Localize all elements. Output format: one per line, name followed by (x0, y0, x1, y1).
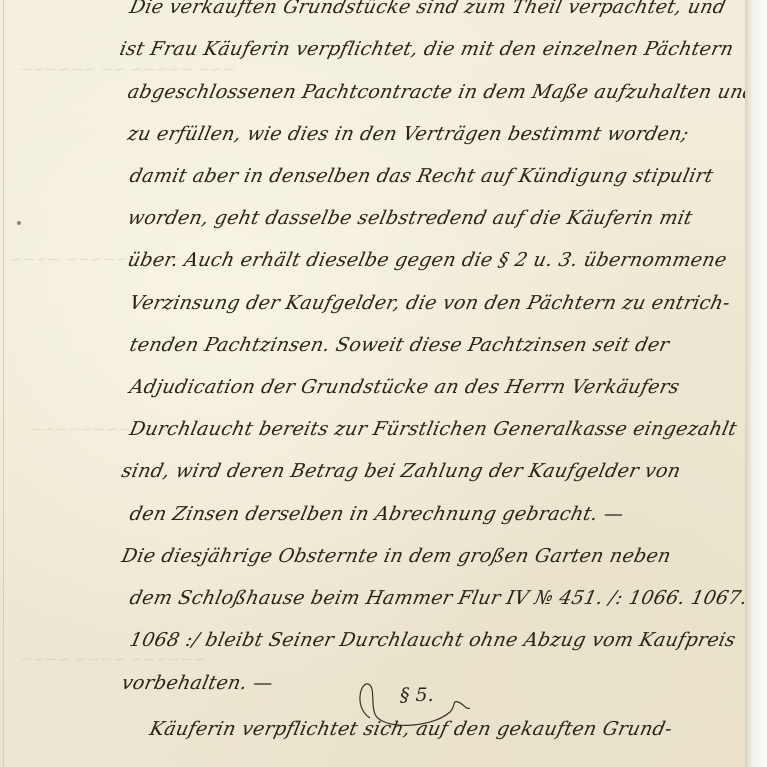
manuscript-line: Durchlaucht bereits zur Fürstlichen Gene… (128, 418, 739, 440)
manuscript-line: Die diesjährige Obsternte in dem großen … (120, 545, 673, 567)
manuscript-line: ist Frau Käuferin verpflichtet, die mit … (118, 38, 736, 60)
manuscript-line: damit aber in denselben das Recht auf Kü… (128, 165, 716, 187)
left-margin-rule (3, 0, 4, 767)
manuscript-page: ~~~ ~~~~~ ~~ ~~~~~~ ~~~~ ~~~~~~~~ ~~~~ ~… (0, 0, 745, 767)
manuscript-line: sind, wird deren Betrag bei Zahlung der … (120, 460, 683, 482)
ink-spot (17, 221, 21, 225)
manuscript-line: tenden Pachtzinsen. Soweit diese Pachtzi… (128, 334, 672, 356)
manuscript-line: Adjudication der Grundstücke an des Herr… (128, 376, 682, 398)
manuscript-line: vorbehalten. — (120, 672, 275, 694)
manuscript-line: den Zinsen derselben in Abrechnung gebra… (128, 503, 626, 525)
manuscript-line: über. Auch erhält dieselbe gegen die § 2… (126, 249, 729, 271)
manuscript-line: Die verkauften Grundstücke sind zum Thei… (128, 0, 728, 18)
manuscript-line: 1068 :/ bleibt Seiner Durchlaucht ohne A… (128, 629, 738, 651)
scan-edge (745, 0, 767, 767)
manuscript-line: abgeschlossenen Pachtcontracte in dem Ma… (126, 81, 745, 103)
section-heading: § 5. (400, 684, 434, 706)
bleed-through-text: ~~~~~~ ~~~~ ~~~~ (20, 650, 206, 668)
manuscript-line: worden, geht dasselbe selbstredend auf d… (126, 207, 695, 229)
bleed-through-text: ~~~ ~~~~~ ~~ ~~~~~~ (20, 60, 235, 78)
manuscript-line: dem Schloßhause beim Hammer Flur IV № 45… (128, 587, 745, 609)
manuscript-line: Verzinsung der Kaufgelder, die von den P… (128, 292, 733, 314)
manuscript-line: zu erfüllen, wie dies in den Verträgen b… (126, 123, 691, 145)
